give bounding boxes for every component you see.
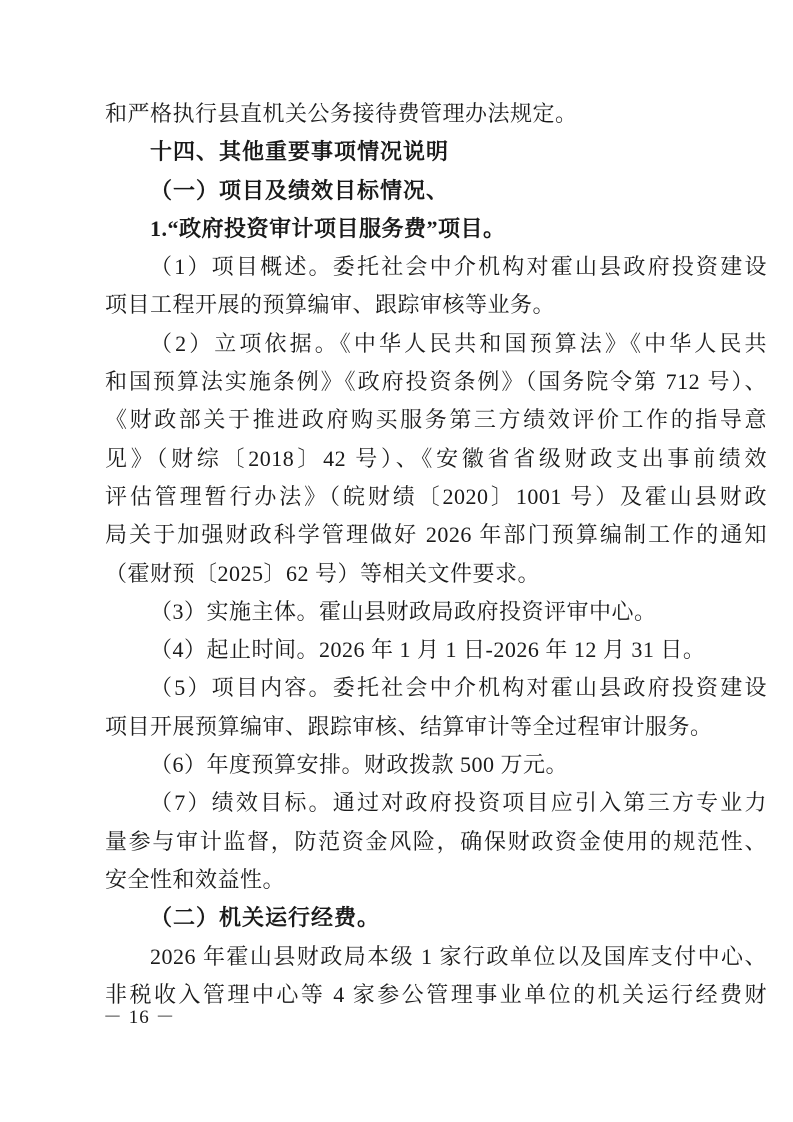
text-line: 项目开展预算编审、跟踪审核、结算审计等全过程审计服务。 — [105, 708, 767, 746]
text-line: （3）实施主体。霍山县财政局政府投资评审中心。 — [105, 593, 767, 631]
text-line: 量参与审计监督，防范资金风险，确保财政资金使用的规范性、 — [105, 823, 767, 861]
page-number: － 16 － — [103, 1004, 176, 1032]
text-line: 1.“政府投资审计项目服务费”项目。 — [105, 210, 767, 248]
text-line: 安全性和效益性。 — [105, 861, 767, 899]
text-line: （二）机关运行经费。 — [105, 899, 767, 937]
text-line: 见》（财综〔2018〕42 号）、《安徽省省级财政支出事前绩效 — [105, 440, 767, 478]
text-line: （4）起止时间。2026 年 1 月 1 日-2026 年 12 月 31 日。 — [105, 631, 767, 669]
text-line: （一）项目及绩效目标情况、 — [105, 172, 767, 210]
text-line: 和严格执行县直机关公务接待费管理办法规定。 — [105, 95, 767, 133]
text-line: 十四、其他重要事项情况说明 — [105, 133, 767, 171]
text-block: 和严格执行县直机关公务接待费管理办法规定。十四、其他重要事项情况说明（一）项目及… — [105, 95, 767, 1014]
text-line: 局关于加强财政科学管理做好 2026 年部门预算编制工作的通知 — [105, 516, 767, 554]
text-line: （2）立项依据。《中华人民共和国预算法》《中华人民共 — [105, 325, 767, 363]
text-line: （6）年度预算安排。财政拨款 500 万元。 — [105, 746, 767, 784]
text-line: 项目工程开展的预算编审、跟踪审核等业务。 — [105, 286, 767, 324]
text-line: 和国预算法实施条例》《政府投资条例》（国务院令第 712 号）、 — [105, 363, 767, 401]
text-line: 2026 年霍山县财政局本级 1 家行政单位以及国库支付中心、 — [105, 938, 767, 976]
text-line: 评估管理暂行办法》（皖财绩〔2020〕1001 号）及霍山县财政 — [105, 478, 767, 516]
text-line: （霍财预〔2025〕62 号）等相关文件要求。 — [105, 555, 767, 593]
text-line: （5）项目内容。委托社会中介机构对霍山县政府投资建设 — [105, 669, 767, 707]
text-line: （7）绩效目标。通过对政府投资项目应引入第三方专业力 — [105, 784, 767, 822]
text-line: （1）项目概述。委托社会中介机构对霍山县政府投资建设 — [105, 248, 767, 286]
text-line: 非税收入管理中心等 4 家参公管理事业单位的机关运行经费财 — [105, 976, 767, 1014]
text-line: 《财政部关于推进政府购买服务第三方绩效评价工作的指导意 — [105, 401, 767, 439]
document-page: 和严格执行县直机关公务接待费管理办法规定。十四、其他重要事项情况说明（一）项目及… — [0, 0, 793, 1122]
